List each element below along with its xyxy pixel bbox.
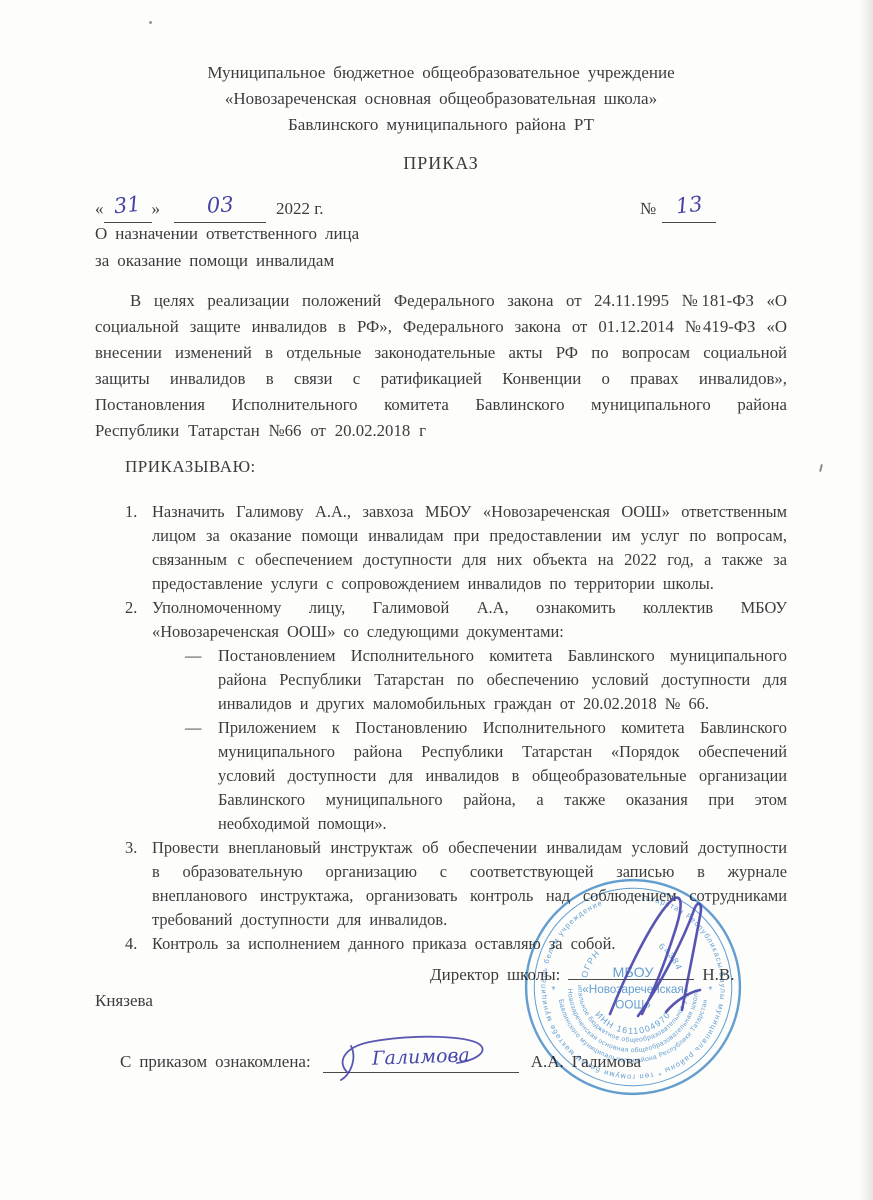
date-quote-open: « xyxy=(95,199,104,218)
ack-signature-field: Галимова xyxy=(323,1048,519,1073)
stamp-ogrn-digits: 64384 xyxy=(657,941,685,972)
stamp-asterisk-left: * xyxy=(552,985,556,996)
official-round-stamp: * Татарстан Республикасы Баулы муниципал… xyxy=(521,875,745,1099)
date-year: 2022 г. xyxy=(276,199,324,218)
date-month-field: 03 xyxy=(174,194,266,223)
subitem-text: Приложением к Постановлению Исполнительн… xyxy=(218,716,787,836)
subject-line2: за оказание помощи инвалидам xyxy=(95,247,787,274)
subitem-text: Постановлением Исполнительного комитета … xyxy=(218,644,787,716)
handwritten-signature: Галимова xyxy=(371,1042,470,1071)
list-item: 2. Уполномоченному лицу, Галимовой А.А, … xyxy=(95,596,787,644)
date-number-row: «31»032022 г. №13 xyxy=(95,194,787,220)
org-name-line1: Муниципальное бюджетное общеобразователь… xyxy=(95,60,787,86)
handwritten-day: 31 xyxy=(113,191,142,220)
org-region-line: Бавлинского муниципального района РТ xyxy=(95,112,787,138)
item-text: Назначить Галимову А.А., завхоза МБОУ «Н… xyxy=(152,500,787,596)
order-number-field: 13 xyxy=(662,194,716,223)
date-day-field: 31 xyxy=(104,194,152,223)
scan-artifact-mark xyxy=(819,464,823,472)
item-number: 2. xyxy=(125,596,152,620)
preamble-paragraph: В целях реализации положений Федеральног… xyxy=(95,288,787,444)
org-name-line2: «Новозареченская основная общеобразовате… xyxy=(95,86,787,112)
item-number: 4. xyxy=(125,932,152,956)
subitem-dash: — xyxy=(185,644,218,668)
order-word: ПРИКАЗЫВАЮ: xyxy=(95,454,787,480)
handwritten-number: 13 xyxy=(674,191,703,220)
organization-header: Муниципальное бюджетное общеобразователь… xyxy=(95,60,787,138)
stamp-center-abbr: МБОУ xyxy=(613,965,655,981)
stamp-asterisk-right: * xyxy=(708,985,712,996)
item-number: 3. xyxy=(125,836,152,860)
number-sign: № xyxy=(640,199,656,218)
svg-text:ОГРН: ОГРН xyxy=(579,948,602,979)
subject-line1: О назначении ответственного лица xyxy=(95,220,787,247)
date-quote-close: » xyxy=(152,199,161,218)
ack-label: С приказом ознакомлена: xyxy=(120,1052,311,1071)
scan-speck xyxy=(149,21,152,24)
stamp-center-name: «Новозареченская xyxy=(582,983,683,996)
handwritten-month: 03 xyxy=(206,191,234,218)
stamp-center-oosh: ООШ» xyxy=(615,998,651,1011)
subitem-dash: — xyxy=(185,716,218,740)
list-subitem: — Постановлением Исполнительного комитет… xyxy=(185,644,787,716)
order-subject: О назначении ответственного лица за оказ… xyxy=(95,220,787,274)
document-title: ПРИКАЗ xyxy=(95,150,787,176)
svg-text:64384: 64384 xyxy=(657,941,685,972)
order-number-group: №13 xyxy=(640,194,716,223)
stamp-ogrn-label: ОГРН xyxy=(579,948,602,979)
item-text: Уполномоченному лицу, Галимовой А.А, озн… xyxy=(152,596,787,644)
item-number: 1. xyxy=(125,500,152,524)
list-subitem: — Приложением к Постановлению Исполнител… xyxy=(185,716,787,836)
scanned-order-document: Муниципальное бюджетное общеобразователь… xyxy=(0,0,873,1200)
list-item: 1. Назначить Галимову А.А., завхоза МБОУ… xyxy=(95,500,787,596)
